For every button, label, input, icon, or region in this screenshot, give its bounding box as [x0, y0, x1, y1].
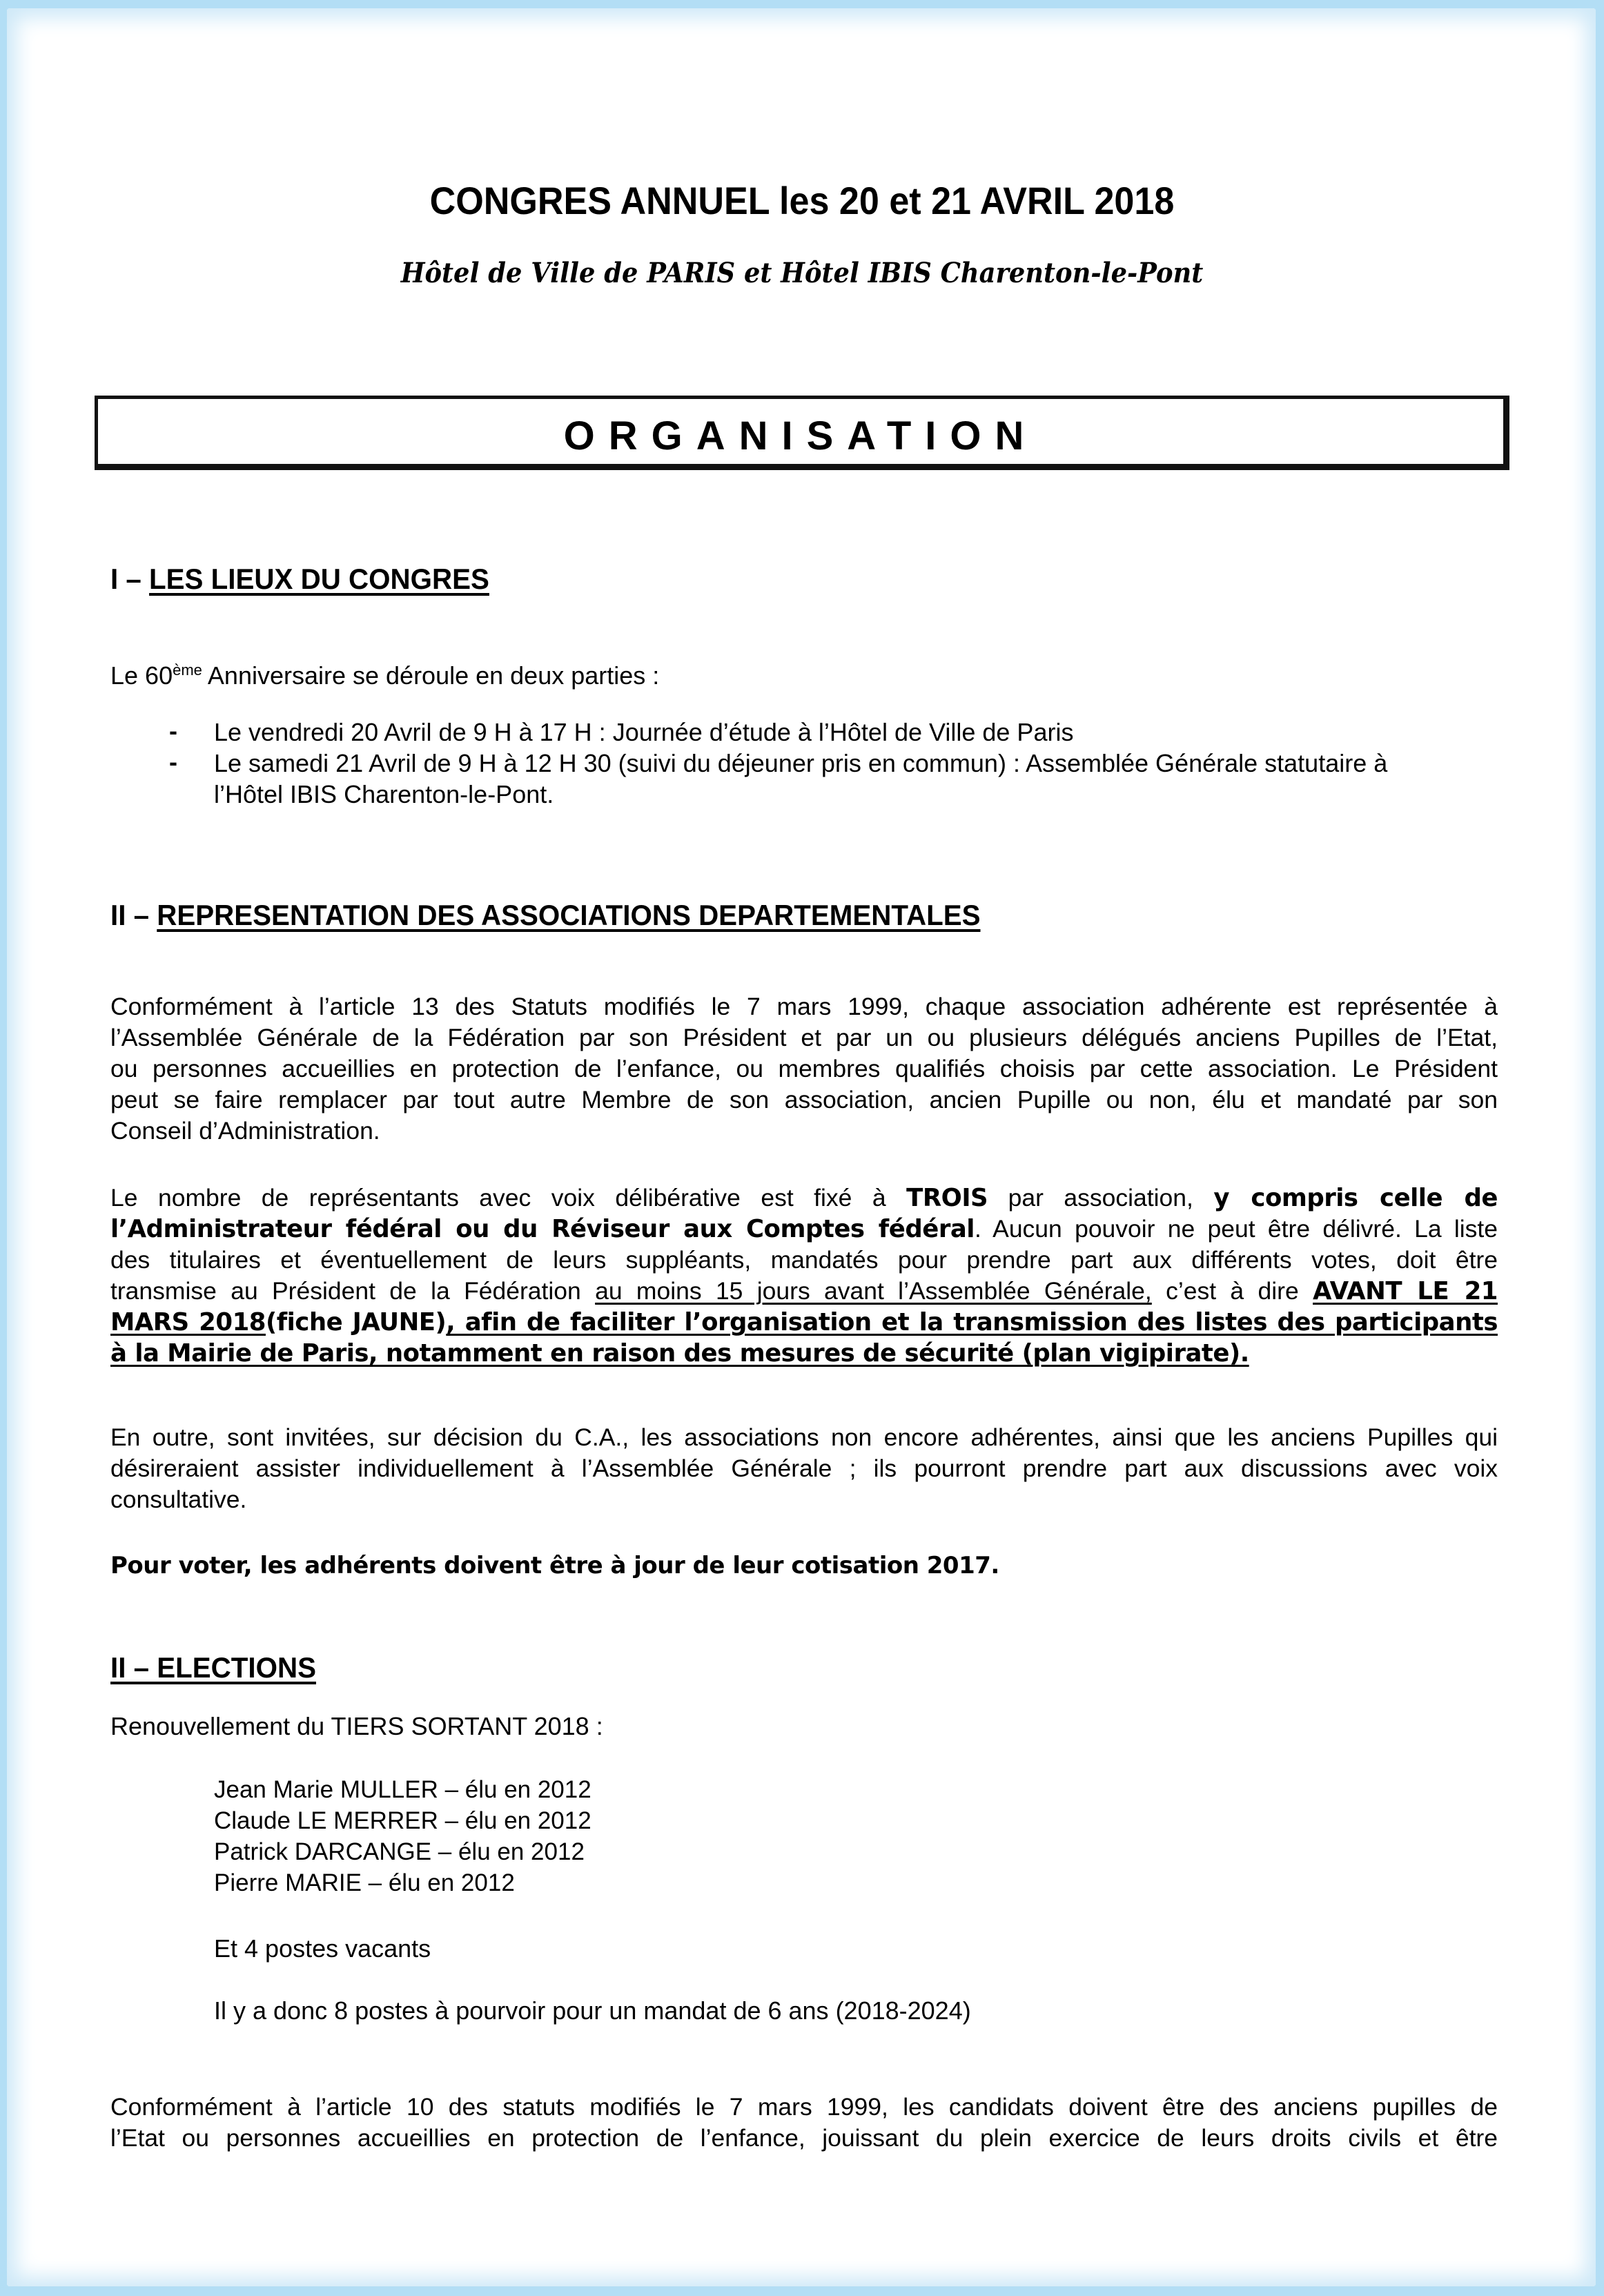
- emphasis-trois: TROIS: [906, 1184, 988, 1212]
- list-item: Patrick DARCANGE – élu en 2012: [214, 1836, 591, 1867]
- vacancies-note: Et 4 postes vacants: [214, 1933, 431, 1964]
- section-heading-elections: II – ELECTIONS: [110, 1651, 316, 1684]
- organisation-banner: ORGANISATION: [95, 396, 1509, 470]
- document-subtitle: Hôtel de Ville de PARIS et Hôtel IBIS Ch…: [64, 257, 1540, 289]
- list-item: Le vendredi 20 Avril de 9 H à 17 H : Jou…: [214, 717, 1073, 748]
- document-title: CONGRES ANNUEL les 20 et 21 AVRIL 2018: [56, 178, 1547, 223]
- banner-text: ORGANISATION: [98, 413, 1503, 459]
- anniversary-intro: Le 60ème Anniversaire se déroule en deux…: [110, 654, 659, 691]
- list-item: Claude LE MERRER – élu en 2012: [214, 1805, 591, 1836]
- outgoing-members-list: Jean Marie MULLER – élu en 2012 Claude L…: [214, 1774, 591, 1898]
- vote-requirement-note: Pour voter, les adhérents doivent être à…: [110, 1552, 999, 1579]
- section-title: LES LIEUX DU CONGRES: [149, 563, 489, 595]
- representation-paragraph-1: Conformément à l’article 13 des Statuts …: [110, 991, 1498, 1147]
- deadline-date: AVANT LE 21: [1313, 1277, 1498, 1305]
- positions-summary: Il y a donc 8 postes à pourvoir pour un …: [214, 1995, 971, 2026]
- list-item-continuation: l’Hôtel IBIS Charenton-le-Pont.: [214, 779, 554, 810]
- renewal-label: Renouvellement du TIERS SORTANT 2018 :: [110, 1711, 603, 1742]
- section-heading-representation: II – REPRESENTATION DES ASSOCIATIONS DEP…: [110, 899, 981, 932]
- representation-paragraph-2: Le nombre de représentants avec voix dél…: [110, 1183, 1498, 1369]
- section-number: II –: [110, 899, 157, 931]
- section-title: REPRESENTATION DES ASSOCIATIONS DEPARTEM…: [157, 899, 980, 931]
- section-heading-lieux: I – LES LIEUX DU CONGRES: [110, 563, 489, 596]
- deadline-underlined: au moins 15 jours avant l’Assemblée Géné…: [595, 1277, 1152, 1305]
- candidates-paragraph: Conformément à l’article 10 des statuts …: [110, 2092, 1498, 2154]
- list-item: Pierre MARIE – élu en 2012: [214, 1867, 591, 1898]
- bullet-dash: -: [169, 748, 177, 777]
- section-number: I –: [110, 563, 149, 595]
- bullet-dash: -: [169, 717, 177, 746]
- representation-paragraph-3: En outre, sont invitées, sur décision du…: [110, 1422, 1498, 1515]
- list-item: Le samedi 21 Avril de 9 H à 12 H 30 (sui…: [214, 748, 1387, 779]
- list-item: Jean Marie MULLER – élu en 2012: [214, 1774, 591, 1805]
- section-title: II – ELECTIONS: [110, 1651, 316, 1684]
